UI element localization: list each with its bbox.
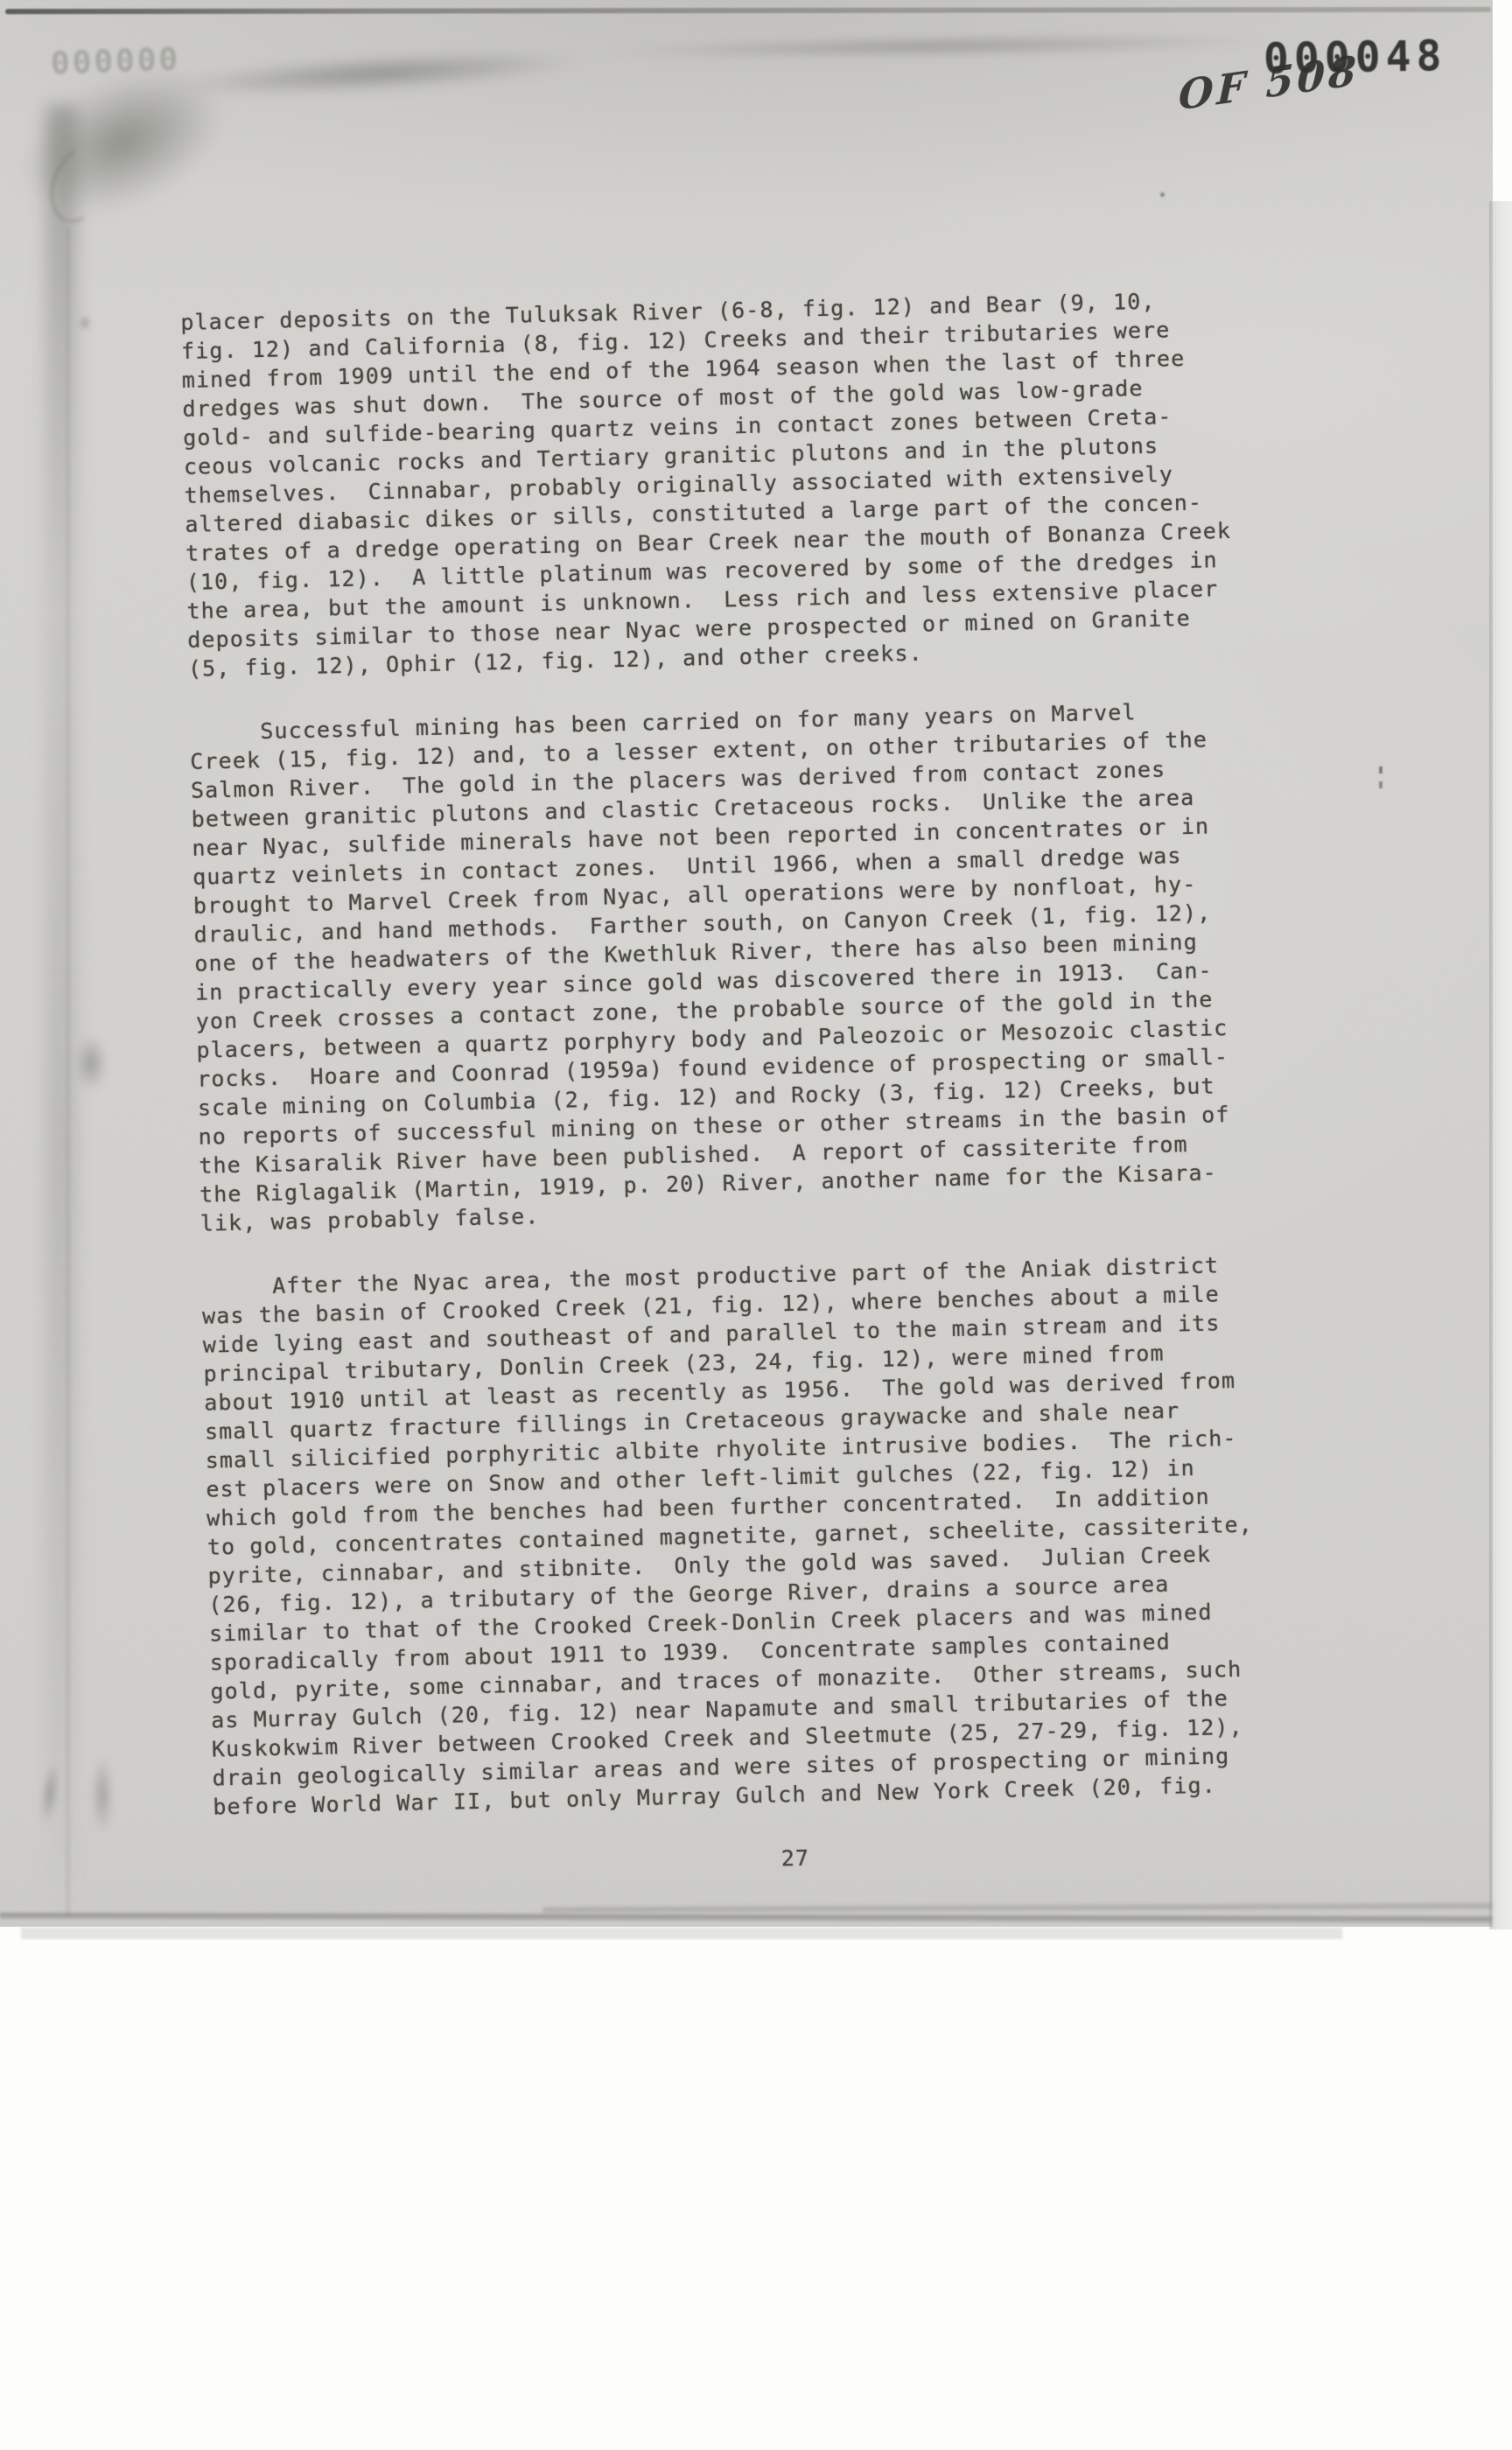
typewritten-text-block: placer deposits on the Tuluksak River (6…: [180, 283, 1334, 1885]
stray-ink-mark: [1379, 766, 1382, 791]
paper-bottom-edge-shadow: [0, 1911, 1493, 1923]
paragraph-aniak-district: After the Nyac area, the most productive…: [201, 1249, 1333, 1822]
smudge-mark: [79, 315, 91, 331]
left-crease-line: [66, 227, 69, 1916]
paper-right-edge: [1489, 201, 1512, 1929]
scanner-background-strip: [21, 1928, 1342, 1939]
left-margin-streak: [45, 105, 77, 1907]
smudge-mark: [93, 1755, 112, 1834]
paragraph-marvel-creek: Successful mining has been carried on fo…: [189, 694, 1320, 1238]
ghost-number-stamp: 000000: [50, 41, 180, 81]
ink-speck: [1160, 192, 1165, 197]
paragraph-placer-deposits: placer deposits on the Tuluksak River (6…: [180, 283, 1308, 683]
page-number: 27: [214, 1832, 1334, 1886]
top-smudge-streak-faint: [516, 26, 1356, 66]
paper-bottom-edge-shadow2: [542, 1902, 1493, 1914]
smudge-mark: [75, 1035, 107, 1091]
scanned-page: 000000 000048 OF 508 placer deposits on …: [0, 0, 1493, 1927]
